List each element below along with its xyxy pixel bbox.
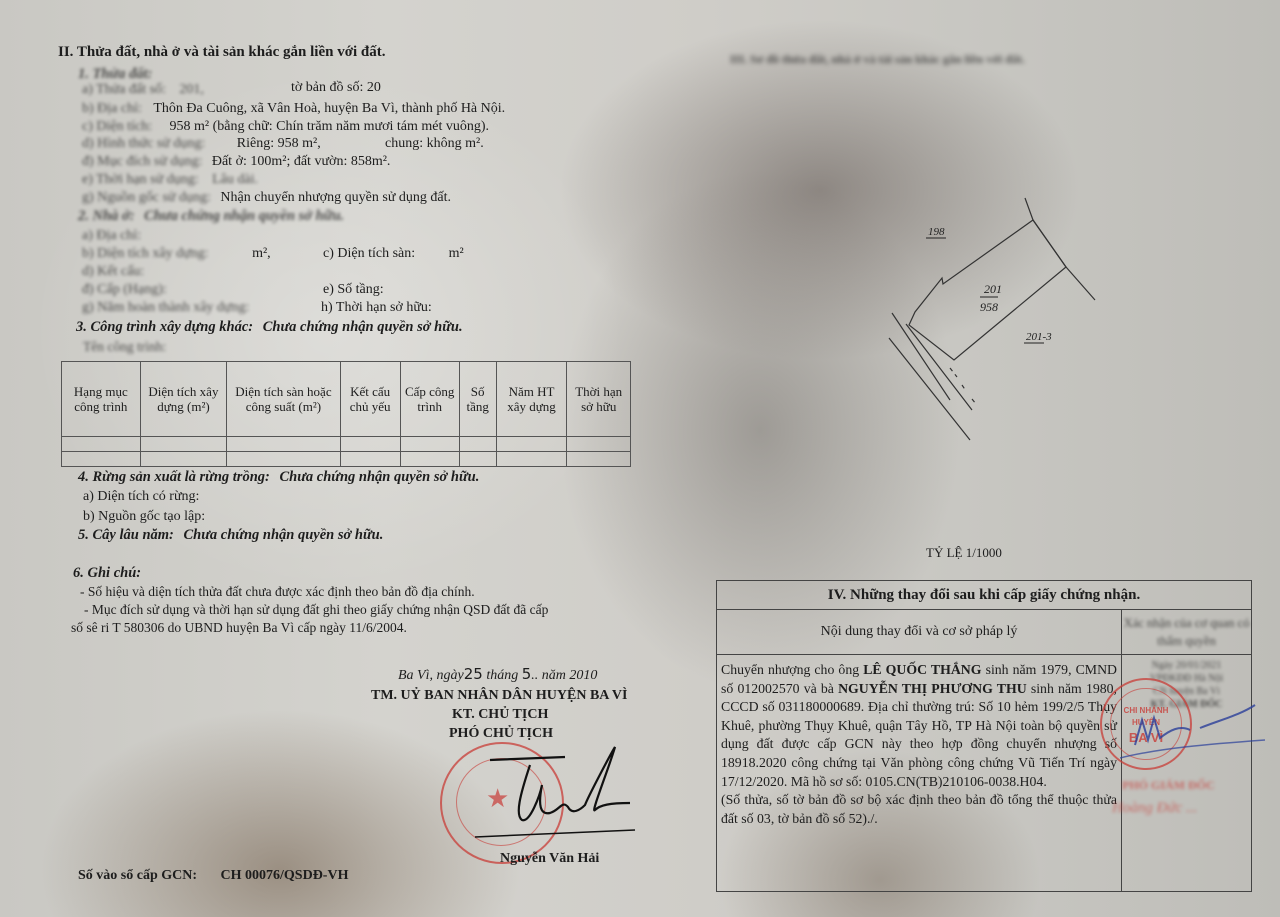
signer-name: Nguyễn Văn Hải	[500, 851, 599, 867]
registry-row: Số vào sổ cấp GCN: CH 00076/QSDĐ-VH	[78, 868, 348, 884]
works-col-7: Thời hạn sở hữu	[567, 362, 631, 437]
works-cell	[459, 437, 496, 452]
works-col-6: Năm HT xây dựng	[496, 362, 567, 437]
house-ownership-term: h) Thời hạn sở hữu:	[321, 300, 432, 316]
works-cell	[459, 452, 496, 467]
works-cell	[227, 452, 340, 467]
forest-origin: b) Nguồn gốc tạo lập:	[83, 509, 205, 525]
house-structure: d) Kết cấu:	[82, 264, 144, 280]
buyer-2: NGUYỄN THỊ PHƯƠNG THU	[838, 681, 1027, 696]
perennial-heading-row: 5. Cây lâu năm: Chưa chứng nhận quyền sở…	[78, 527, 383, 544]
house-build-area: b) Diện tích xây dựng: m²,	[82, 246, 271, 262]
works-name-label: Tên công trình:	[83, 339, 166, 355]
works-cell	[400, 452, 459, 467]
map-sheet: tờ bản đồ số: 20	[291, 80, 381, 96]
house-grade: đ) Cấp (Hạng):	[82, 282, 167, 298]
neighbor-north-label: 198	[928, 226, 945, 238]
signature-scribble	[470, 735, 640, 845]
section-ii-title: II. Thửa đất, nhà ở và tài sản khác gắn …	[58, 44, 386, 61]
note-line-2: - Mục đích sử dụng và thời hạn sử dụng đ…	[84, 602, 548, 618]
works-col-2: Diện tích sàn hoặc công suất (m²)	[227, 362, 340, 437]
parcel-area-label: 958	[980, 300, 998, 314]
notes-heading: 6. Ghi chú:	[73, 565, 141, 582]
works-cell	[227, 437, 340, 452]
origin-value: Nhận chuyển nhượng quyền sử dụng đất.	[220, 190, 451, 205]
address-value: Thôn Đa Cuông, xã Vân Hoà, huyện Ba Vì, …	[153, 101, 505, 116]
table-row	[62, 452, 631, 467]
parcel-number: 201,	[179, 82, 204, 97]
section-iv-title: IV. Những thay đổi sau khi cấp giấy chứn…	[717, 581, 1251, 610]
usage-shared: chung: không m².	[385, 136, 484, 152]
works-cell	[496, 452, 567, 467]
signing-org: TM. UỶ BAN NHÂN DÂN HUYỆN BA VÌ	[371, 688, 627, 704]
other-works-table: Hạng mục công trìnhDiện tích xây dựng (m…	[61, 361, 631, 467]
works-cell	[340, 452, 400, 467]
term-row: e) Thời hạn sử dụng: Lâu dài.	[82, 172, 258, 188]
works-cell	[140, 437, 227, 452]
area-value: 958 m² (bằng chữ: Chín trăm năm mươi tám…	[169, 119, 489, 134]
works-col-1: Diện tích xây dựng (m²)	[140, 362, 227, 437]
note-line-1: - Số hiệu và diện tích thửa đất chưa đượ…	[80, 584, 475, 600]
change-entry: Chuyển nhượng cho ông LÊ QUỐC THẮNG sinh…	[717, 655, 1122, 891]
house-address: a) Địa chỉ:	[82, 228, 141, 244]
land-heading: 1. Thửa đất:	[78, 66, 152, 83]
address-row: b) Địa chỉ: Thôn Đa Cuông, xã Vân Hoà, h…	[82, 101, 505, 117]
works-col-3: Kết cấu chủ yếu	[340, 362, 400, 437]
other-works-heading-row: 3. Công trình xây dựng khác: Chưa chứng …	[76, 319, 463, 336]
works-cell	[400, 437, 459, 452]
works-col-0: Hạng mục công trình	[62, 362, 141, 437]
certificate-scan: II. Thửa đất, nhà ở và tài sản khác gắn …	[0, 0, 1280, 917]
works-cell	[140, 452, 227, 467]
confirm-title: PHÓ GIÁM ĐỐC	[1122, 778, 1215, 793]
table-row	[62, 437, 631, 452]
parcel-sketch: 201 958 198 201-3	[880, 190, 1120, 450]
works-cell	[340, 437, 400, 452]
buyer-1: LÊ QUỐC THẮNG	[863, 662, 981, 677]
parcel-note: (Số thửa, số tờ bản đồ sơ bộ xác định th…	[721, 792, 1117, 826]
house-floors: e) Số tầng:	[323, 282, 384, 298]
house-floor-area: c) Diện tích sàn: m²	[323, 246, 464, 262]
forest-heading-row: 4. Rừng sản xuất là rừng trồng: Chưa chứ…	[78, 469, 479, 486]
purpose-row: đ) Mục đích sử dụng: Đất ở: 100m²; đất v…	[82, 154, 390, 170]
purpose-value: Đất ở: 100m²; đất vườn: 858m².	[212, 154, 391, 169]
usage-private: Riêng: 958 m²,	[237, 136, 321, 151]
signing-kt: KT. CHỦ TỊCH	[452, 707, 548, 723]
area-row: c) Diện tích: 958 m² (bằng chữ: Chín tră…	[82, 119, 489, 135]
registry-number: CH 00076/QSDĐ-VH	[221, 868, 349, 883]
col-authority-confirm: Xác nhận của cơ quan có thẩm quyền	[1122, 610, 1251, 654]
signing-date: Ba Vì, ngày25 tháng 5.. năm 2010	[398, 665, 597, 684]
confirm-signer: Hoàng Đức ...	[1112, 800, 1197, 817]
forest-area: a) Diện tích có rừng:	[83, 489, 199, 505]
col-change-content: Nội dung thay đổi và cơ sở pháp lý	[717, 610, 1122, 654]
note-line-3: số sê ri T 580306 do UBND huyện Ba Vì cấ…	[71, 620, 407, 636]
works-cell	[62, 452, 141, 467]
origin-row: g) Nguồn gốc sử dụng: Nhận chuyển nhượng…	[82, 190, 451, 206]
works-cell	[62, 437, 141, 452]
house-heading-row: 2. Nhà ở: Chưa chứng nhận quyền sở hữu.	[78, 208, 344, 225]
works-col-4: Cấp công trình	[400, 362, 459, 437]
usage-form-row: d) Hình thức sử dụng: Riêng: 958 m²,	[82, 136, 321, 152]
parcel-number-row: a) Thửa đất số: 201,	[82, 82, 204, 98]
neighbor-south-label: 201-3	[1026, 331, 1052, 343]
confirm-signature	[1120, 700, 1270, 760]
works-cell	[567, 437, 631, 452]
works-col-5: Số tầng	[459, 362, 496, 437]
parcel-number-label: 201	[984, 282, 1002, 296]
works-cell	[496, 437, 567, 452]
map-scale: TỶ LỆ 1/1000	[926, 545, 1002, 561]
works-cell	[567, 452, 631, 467]
section-iii-title: III. Sơ đồ thửa đất, nhà ở và tài sản kh…	[730, 52, 1025, 67]
house-year-built: g) Năm hoàn thành xây dựng:	[82, 300, 249, 316]
